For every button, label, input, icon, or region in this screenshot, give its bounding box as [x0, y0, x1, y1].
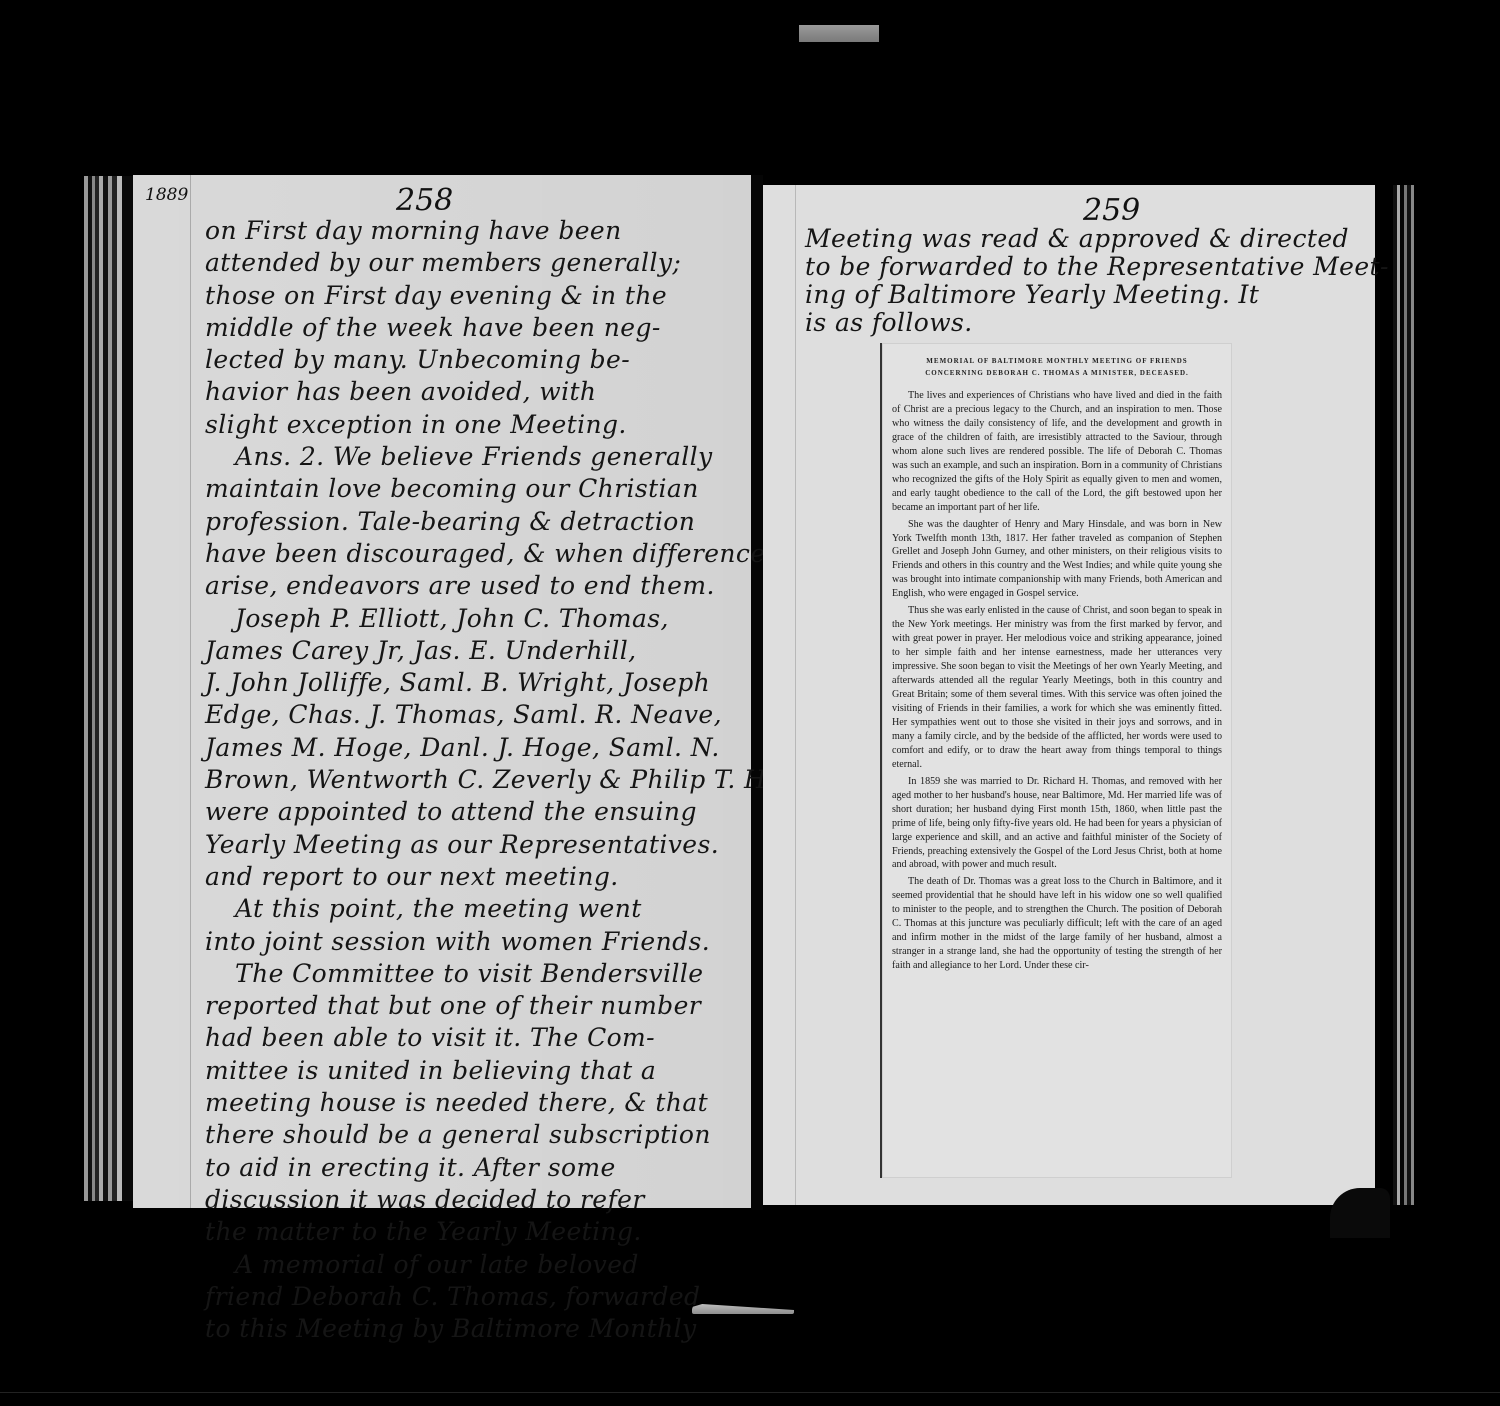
text-line: A memorial of our late beloved [205, 1249, 745, 1281]
text-line: into joint session with women Friends. [205, 926, 745, 958]
newspaper-clipping-memorial: Memorial of Baltimore Monthly Meeting of… [880, 343, 1232, 1178]
text-line: were appointed to attend the ensuing [205, 796, 745, 828]
margin-rule [190, 175, 191, 1208]
text-line: meeting house is needed there, & that [205, 1087, 745, 1119]
page-number-right: 259 [1083, 193, 1140, 228]
text-line: to be forwarded to the Representative Me… [805, 253, 1365, 281]
text-line: and report to our next meeting. [205, 861, 745, 893]
clipping-title: Memorial of Baltimore Monthly Meeting of… [896, 355, 1218, 379]
handwritten-text-left: on First day morning have been attended … [205, 215, 745, 1345]
book-clamp-shadow [1330, 1188, 1390, 1238]
text-line: Brown, Wentworth C. Zeverly & Philip T. … [205, 764, 745, 796]
text-line: attended by our members generally; [205, 247, 745, 279]
text-line: havior has been avoided, with [205, 376, 745, 408]
text-line: to aid in erecting it. After some [205, 1152, 745, 1184]
text-line: reported that but one of their number [205, 990, 745, 1022]
text-line: there should be a general subscription [205, 1119, 745, 1151]
text-line: friend Deborah C. Thomas, forwarded [205, 1281, 745, 1313]
frame-bottom-line [0, 1392, 1500, 1393]
text-line: Ans. 2. We believe Friends generally [205, 441, 745, 473]
text-line: the matter to the Yearly Meeting. [205, 1216, 745, 1248]
clipping-paragraph: The death of Dr. Thomas was a great loss… [892, 875, 1222, 973]
text-line: middle of the week have been neg- [205, 312, 745, 344]
text-line: J. John Jolliffe, Saml. B. Wright, Josep… [205, 667, 745, 699]
clipping-paragraph: Thus she was early enlisted in the cause… [892, 604, 1222, 771]
book-edge-left [78, 176, 133, 1201]
text-line: Yearly Meeting as our Representatives. [205, 829, 745, 861]
clipping-body: The lives and experiences of Christians … [892, 389, 1222, 973]
text-line: profession. Tale-bearing & detraction [205, 506, 745, 538]
text-line: mittee is united in believing that a [205, 1055, 745, 1087]
text-line: James Carey Jr, Jas. E. Underhill, [205, 635, 745, 667]
text-line: The Committee to visit Bendersville [205, 958, 745, 990]
book-gutter [751, 175, 763, 1210]
text-line: those on First day evening & in the [205, 280, 745, 312]
text-line: Meeting was read & approved & directed [805, 225, 1365, 253]
clipping-paragraph: The lives and experiences of Christians … [892, 389, 1222, 515]
text-line: ing of Baltimore Yearly Meeting. It [805, 281, 1365, 309]
book-edge-right [1393, 185, 1420, 1205]
text-line: to this Meeting by Baltimore Monthly [205, 1313, 745, 1345]
text-line: discussion it was decided to refer [205, 1184, 745, 1216]
page-number-left: 258 [396, 183, 453, 218]
handwritten-text-right: Meeting was read & approved & directed t… [805, 225, 1365, 337]
text-line: lected by many. Unbecoming be- [205, 344, 745, 376]
film-tab-top [799, 25, 879, 42]
text-line: have been discouraged, & when difference… [205, 538, 745, 570]
left-page: 1889 258 on First day morning have been … [133, 175, 751, 1208]
text-line: At this point, the meeting went [205, 893, 745, 925]
text-line: Joseph P. Elliott, John C. Thomas, [205, 603, 745, 635]
right-page: 259 Meeting was read & approved & direct… [763, 185, 1375, 1205]
text-line: arise, endeavors are used to end them. [205, 570, 745, 602]
margin-rule [795, 185, 796, 1205]
text-line: is as follows. [805, 309, 1365, 337]
clipping-paragraph: She was the daughter of Henry and Mary H… [892, 518, 1222, 602]
text-line: Edge, Chas. J. Thomas, Saml. R. Neave, [205, 699, 745, 731]
text-line: slight exception in one Meeting. [205, 409, 745, 441]
clipping-paragraph: In 1859 she was married to Dr. Richard H… [892, 775, 1222, 873]
text-line: James M. Hoge, Danl. J. Hoge, Saml. N. [205, 732, 745, 764]
text-line: maintain love becoming our Christian [205, 473, 745, 505]
text-line: had been able to visit it. The Com- [205, 1022, 745, 1054]
text-line: on First day morning have been [205, 215, 745, 247]
year-marginalia: 1889 [145, 185, 188, 205]
